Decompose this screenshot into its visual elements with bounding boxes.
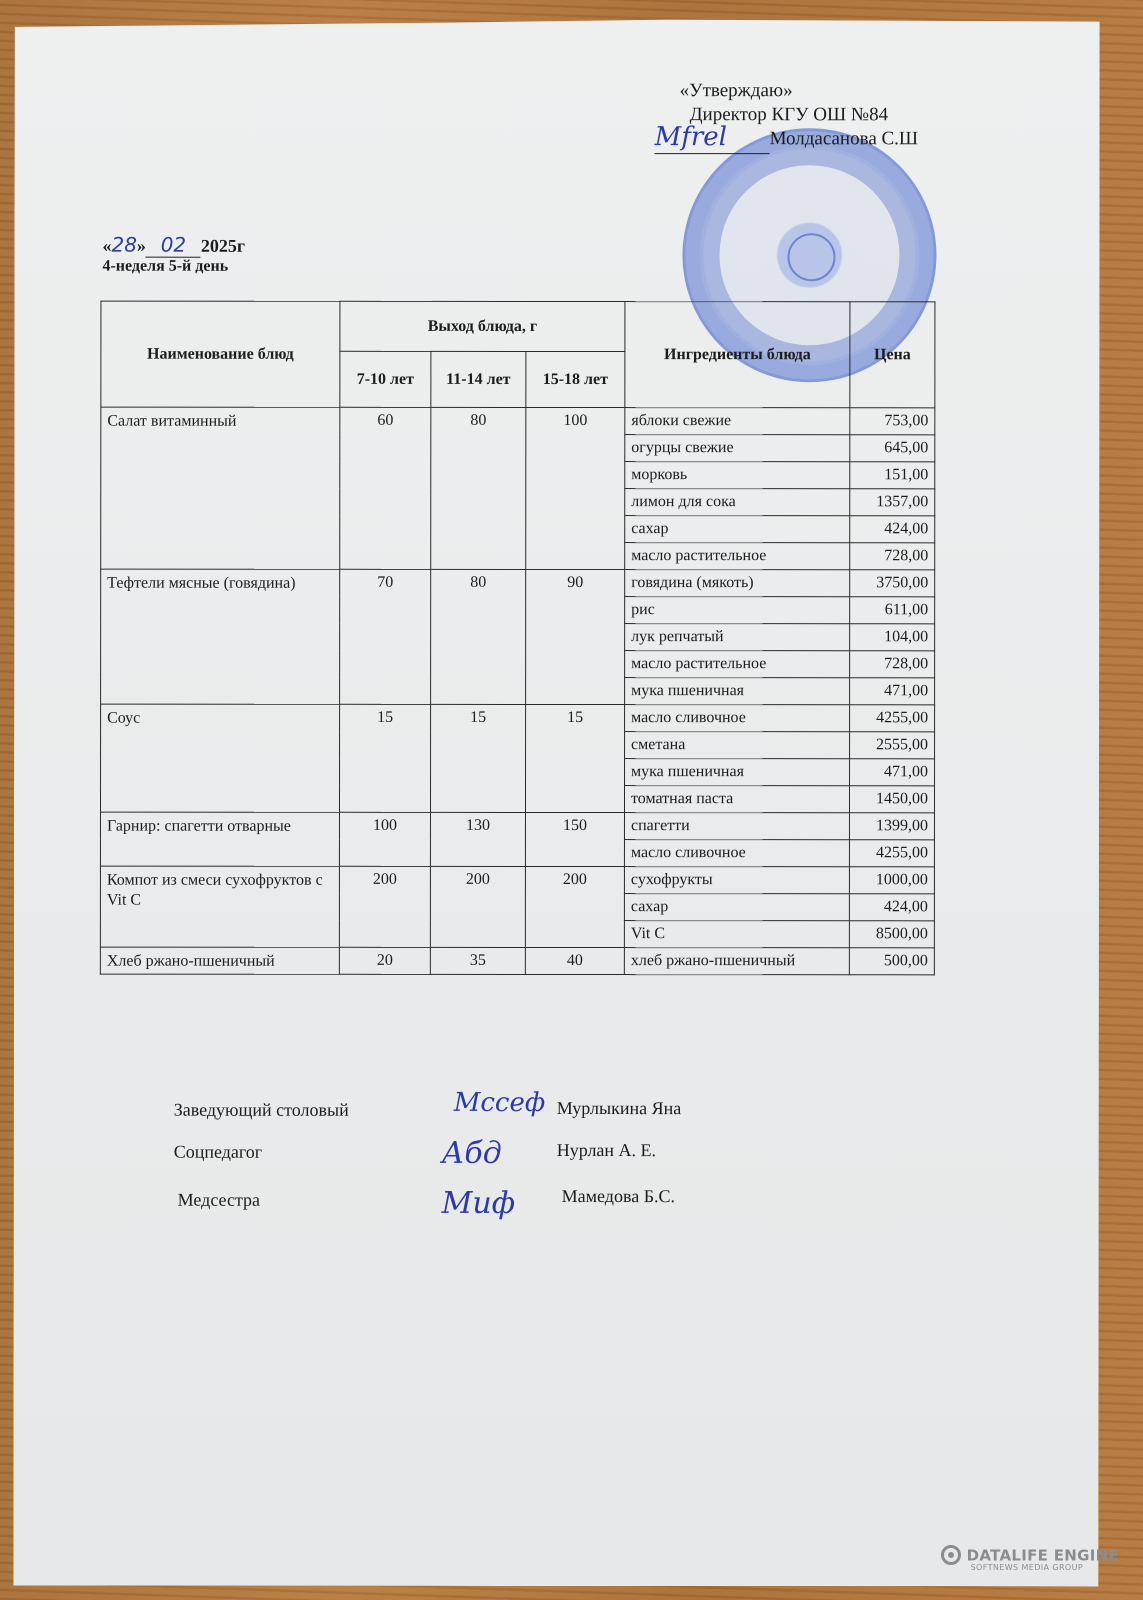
dish-row: Гарнир: спагетти отварные100130150спагет… [100,812,934,840]
date-month: 02 [161,233,186,257]
header-dish-name: Наименование блюд [101,301,340,407]
ingredient-name: масло растительное [625,651,850,678]
dish-yield: 15 [339,704,430,812]
date-day: 28 [111,233,136,257]
ingredient-price: 4255,00 [849,840,934,867]
ingredient-name: Vit C [624,921,849,948]
header-price: Цена [850,302,935,408]
ingredient-name: спагетти [624,813,849,840]
header-yield: Выход блюда, г [340,301,625,351]
ingredient-price: 753,00 [850,408,935,435]
dish-yield: 200 [339,866,430,947]
signatory-name: Мурлыкина Яна [557,1098,682,1119]
signatory-role: Медсестра [178,1190,260,1211]
stamp-emblem-icon [787,233,835,281]
date-quote-open: « [102,236,111,256]
ingredient-name: сметана [625,732,850,759]
dish-yield: 150 [525,812,624,866]
dish-yield: 90 [526,569,625,704]
dish-row: Хлеб ржано-пшеничный203540хлеб ржано-пше… [100,947,934,975]
dish-name: Компот из смеси сухофруктов с Vit C [100,866,339,947]
signature-mark: Миф [442,1186,516,1221]
dish-row: Тефтели мясные (говядина)708090говядина … [101,569,935,597]
ingredient-name: масло растительное [625,543,850,570]
ingredient-price: 1357,00 [850,489,935,516]
ingredient-price: 2555,00 [850,732,935,759]
menu-table-body: Салат витаминный6080100яблоки свежие753,… [100,407,934,975]
header-age-7-10: 7-10 лет [340,351,431,407]
dish-yield: 130 [430,812,525,866]
ingredient-price: 471,00 [850,759,935,786]
ingredient-price: 424,00 [849,894,934,921]
ingredient-name: говядина (мякоть) [625,570,850,597]
ingredient-name: сахар [625,516,850,543]
ingredient-price: 728,00 [850,651,935,678]
dish-yield: 80 [431,407,526,569]
signature-mark: Абд [442,1136,502,1171]
ingredient-name: лук репчатый [625,624,850,651]
director-signature: Mfrel [655,122,727,152]
dish-row: Компот из смеси сухофруктов с Vit C20020… [100,866,934,894]
ingredient-name: томатная паста [624,786,849,813]
dish-row: Соус151515масло сливочное4255,00 [101,704,935,732]
ingredient-name: масло сливочное [624,840,849,867]
dish-name: Тефтели мясные (говядина) [101,569,340,704]
ingredient-name: сахар [624,894,849,921]
dish-name: Гарнир: спагетти отварные [100,812,339,866]
header-ingredients: Ингредиенты блюда [625,302,850,408]
ingredient-name: мука пшеничная [625,678,850,705]
ingredient-price: 151,00 [850,462,935,489]
dish-name: Соус [100,704,339,812]
watermark-title: DATALIFE ENGINE [967,1546,1119,1564]
dish-yield: 80 [431,569,526,704]
date-year: 2025г [201,236,245,256]
document-date: «28»022025г [102,233,245,258]
ingredient-price: 500,00 [849,948,934,975]
dish-yield: 200 [430,866,525,947]
ingredient-price: 1450,00 [849,786,934,813]
dish-yield: 40 [525,947,624,974]
ingredient-price: 3750,00 [850,570,935,597]
date-quote-close: » [137,236,146,256]
dish-yield: 100 [526,407,625,569]
signature-line [655,153,770,154]
ingredient-price: 1399,00 [849,813,934,840]
week-day-label: 4-неделя 5-й день [102,258,228,276]
dish-yield: 70 [340,569,431,704]
dish-name: Салат витаминный [101,407,340,569]
ingredient-price: 728,00 [850,543,935,570]
signatory-name: Мамедова Б.С. [562,1186,675,1207]
ingredient-price: 645,00 [850,435,935,462]
dish-yield: 200 [525,866,624,947]
ingredient-name: мука пшеничная [625,759,850,786]
signatory-role: Соцпедагог [174,1142,263,1163]
ingredient-name: морковь [625,462,850,489]
ingredient-name: яблоки свежие [625,408,850,435]
dish-yield: 15 [430,704,525,812]
header-age-11-14: 11-14 лет [431,351,526,407]
ingredient-price: 424,00 [850,516,935,543]
ingredient-name: хлеб ржано-пшеничный [624,948,849,975]
ingredient-price: 4255,00 [850,705,935,732]
dish-yield: 100 [339,812,430,866]
ingredient-name: масло сливочное [625,705,850,732]
watermark: DATALIFE ENGINE SOFTNEWS MEDIA GROUP [941,1545,1119,1573]
ingredient-name: сухофрукты [624,867,849,894]
ingredient-price: 1000,00 [849,867,934,894]
datalife-logo-icon [941,1545,961,1565]
signatory-name: Нурлан А. Е. [557,1140,656,1161]
menu-table: Наименование блюд Выход блюда, г Ингреди… [100,301,936,976]
ingredient-price: 104,00 [850,624,935,651]
header-age-15-18: 15-18 лет [526,351,625,407]
signature-mark: Мссеф [454,1088,546,1118]
dish-name: Хлеб ржано-пшеничный [100,947,339,974]
document-page: «Утверждаю» Директор КГУ ОШ №84 Mfrel Мо… [13,18,1099,1587]
ingredient-name: лимон для сока [625,489,850,516]
approval-name: Молдасанова С.Ш [770,128,919,150]
dish-yield: 20 [339,947,430,974]
ingredient-name: рис [625,597,850,624]
ingredient-price: 611,00 [850,597,935,624]
dish-yield: 15 [525,704,624,812]
dish-row: Салат витаминный6080100яблоки свежие753,… [101,407,935,435]
ingredient-price: 8500,00 [849,921,934,948]
ingredient-price: 471,00 [850,678,935,705]
signatory-role: Заведующий столовый [174,1100,349,1121]
dish-yield: 35 [430,947,525,974]
dish-yield: 60 [340,407,431,569]
ingredient-name: огурцы свежие [625,435,850,462]
approval-title: «Утверждаю» [680,80,793,102]
